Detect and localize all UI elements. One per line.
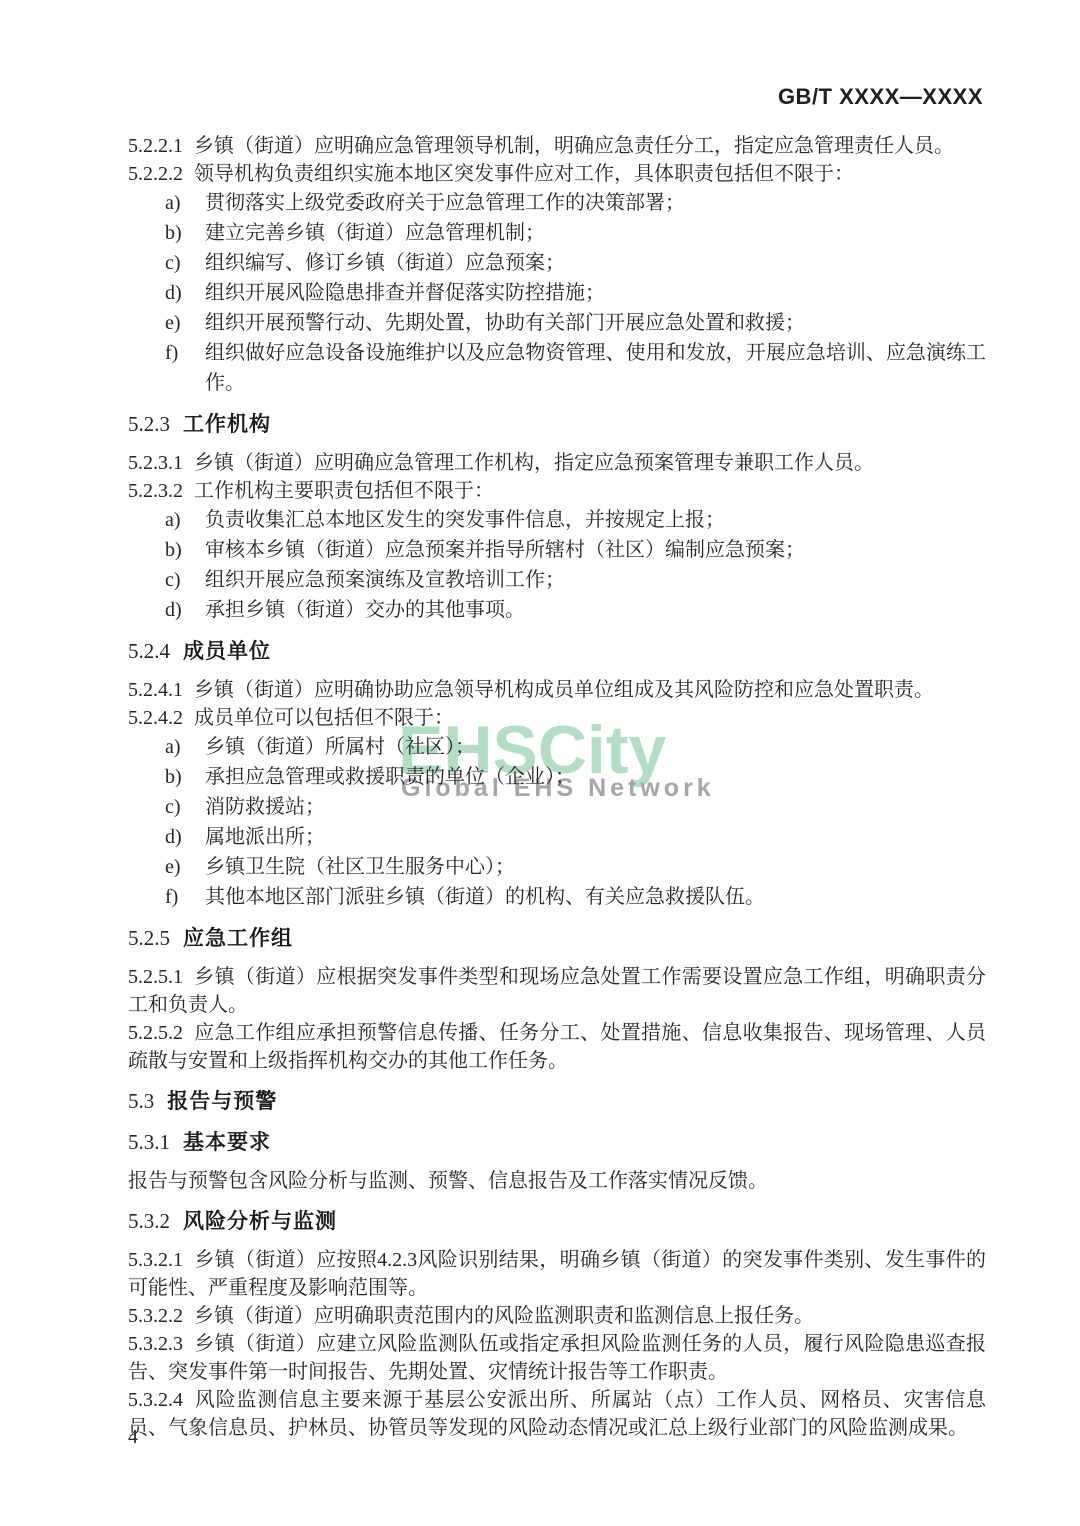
list-item: e)乡镇卫生院（社区卫生服务中心）； (165, 852, 986, 882)
clause-5.2.3.2: 5.2.3.2工作机构主要职责包括但不限于： (128, 477, 986, 505)
list-item: a)贯彻落实上级党委政府关于应急管理工作的决策部署； (165, 188, 986, 218)
list-item-text: 乡镇（街道）所属村（社区）； (205, 732, 986, 762)
list-item-text: 组织做好应急设备设施维护以及应急物资管理、使用和发放，开展应急培训、应急演练工作… (205, 338, 986, 398)
list-item: c)组织编写、修订乡镇（街道）应急预案； (165, 248, 986, 278)
clause-5.2.5.2: 5.2.5.2应急工作组应承担预警信息传播、任务分工、处置措施、信息收集报告、现… (128, 1019, 986, 1075)
clause-number: 5.3.2.4 (128, 1389, 183, 1411)
list-marker: b) (165, 762, 205, 792)
section-title: 工作机构 (183, 413, 271, 436)
list-marker: b) (165, 218, 205, 248)
list-item: a)负责收集汇总本地区发生的突发事件信息，并按规定上报； (165, 505, 986, 535)
clause-5.2.4.1: 5.2.4.1乡镇（街道）应明确协助应急领导机构成员单位组成及其风险防控和应急处… (128, 676, 986, 704)
section-number: 5.3.1 (128, 1130, 170, 1154)
clause-text: 乡镇（街道）应明确应急管理工作机构，指定应急预案管理专兼职工作人员。 (194, 452, 874, 474)
list-item: d)承担乡镇（街道）交办的其他事项。 (165, 595, 986, 625)
list-item: a)乡镇（街道）所属村（社区）； (165, 732, 986, 762)
list-item-text: 贯彻落实上级党委政府关于应急管理工作的决策部署； (205, 188, 986, 218)
section-number: 5.3.2 (128, 1209, 170, 1233)
section-heading-5.3: 5.3报告与预警 (128, 1087, 986, 1116)
clause-number: 5.3.2.2 (128, 1305, 183, 1327)
list-marker: f) (165, 338, 205, 398)
section-title: 报告与预警 (167, 1090, 277, 1113)
clause-text: 应急工作组应承担预警信息传播、任务分工、处置措施、信息收集报告、现场管理、人员疏… (128, 1022, 986, 1072)
section-heading-5.2.4: 5.2.4成员单位 (128, 637, 986, 666)
list-item: b)建立完善乡镇（街道）应急管理机制； (165, 218, 986, 248)
list-item-text: 属地派出所； (205, 822, 986, 852)
section-heading-5.2.5: 5.2.5应急工作组 (128, 924, 986, 953)
clause-number: 5.2.2.1 (128, 135, 183, 157)
list-item: e)组织开展预警行动、先期处置，协助有关部门开展应急处置和救援； (165, 308, 986, 338)
list-item-text: 其他本地区部门派驻乡镇（街道）的机构、有关应急救援队伍。 (205, 882, 986, 912)
section-title: 成员单位 (183, 640, 271, 663)
list-item-text: 消防救援站； (205, 792, 986, 822)
clause-5.2.4.2-list: a)乡镇（街道）所属村（社区）； b)承担应急管理或救援职责的单位（企业）； c… (128, 732, 986, 912)
clause-number: 5.2.3.2 (128, 480, 183, 502)
list-marker: e) (165, 308, 205, 338)
list-item: c)消防救援站； (165, 792, 986, 822)
clause-number: 5.2.2.2 (128, 163, 183, 185)
section-number: 5.3 (128, 1089, 154, 1113)
clause-5.2.3.1: 5.2.3.1乡镇（街道）应明确应急管理工作机构，指定应急预案管理专兼职工作人员… (128, 449, 986, 477)
clause-5.2.2.2-list: a)贯彻落实上级党委政府关于应急管理工作的决策部署； b)建立完善乡镇（街道）应… (128, 188, 986, 398)
list-item-text: 组织开展预警行动、先期处置，协助有关部门开展应急处置和救援； (205, 308, 986, 338)
clause-5.2.4.2: 5.2.4.2成员单位可以包括但不限于： (128, 704, 986, 732)
clause-5.3.2.3: 5.3.2.3乡镇（街道）应建立风险监测队伍或指定承担风险监测任务的人员，履行风… (128, 1330, 986, 1386)
list-item-text: 乡镇卫生院（社区卫生服务中心）； (205, 852, 986, 882)
list-marker: d) (165, 822, 205, 852)
clause-5.2.2.1: 5.2.2.1乡镇（街道）应明确应急管理领导机制，明确应急责任分工，指定应急管理… (128, 132, 986, 160)
clause-5.2.2.2: 5.2.2.2领导机构负责组织实施本地区突发事件应对工作，具体职责包括但不限于： (128, 160, 986, 188)
list-marker: d) (165, 595, 205, 625)
list-marker: a) (165, 732, 205, 762)
clause-text: 工作机构主要职责包括但不限于： (194, 480, 494, 502)
list-item-text: 建立完善乡镇（街道）应急管理机制； (205, 218, 986, 248)
page-number: 4 (128, 1426, 138, 1449)
clause-5.3.1-body: 报告与预警包含风险分析与监测、预警、信息报告及工作落实情况反馈。 (128, 1167, 986, 1195)
list-item-text: 承担乡镇（街道）交办的其他事项。 (205, 595, 986, 625)
section-title: 应急工作组 (183, 927, 293, 950)
list-item: b)审核本乡镇（街道）应急预案并指导所辖村（社区）编制应急预案； (165, 535, 986, 565)
document-body: 5.2.2.1乡镇（街道）应明确应急管理领导机制，明确应急责任分工，指定应急管理… (128, 120, 986, 1442)
list-marker: c) (165, 565, 205, 595)
list-item: c)组织开展应急预案演练及宣教培训工作； (165, 565, 986, 595)
clause-number: 5.3.2.3 (128, 1333, 183, 1355)
list-item-text: 组织开展风险隐患排查并督促落实防控措施； (205, 278, 986, 308)
list-marker: f) (165, 882, 205, 912)
document-page: GB/T XXXX—XXXX EHSCity Global EHS Networ… (0, 0, 1080, 1526)
section-heading-5.2.3: 5.2.3工作机构 (128, 410, 986, 439)
list-item: d)属地派出所； (165, 822, 986, 852)
clause-text: 乡镇（街道）应按照4.2.3风险识别结果，明确乡镇（街道）的突发事件类别、发生事… (128, 1249, 986, 1299)
section-number: 5.2.3 (128, 412, 170, 436)
list-marker: d) (165, 278, 205, 308)
clause-text: 乡镇（街道）应根据突发事件类型和现场应急处置工作需要设置应急工作组，明确职责分工… (128, 966, 986, 1016)
clause-5.2.5.1: 5.2.5.1乡镇（街道）应根据突发事件类型和现场应急处置工作需要设置应急工作组… (128, 963, 986, 1019)
section-number: 5.2.4 (128, 639, 170, 663)
list-item-text: 组织编写、修订乡镇（街道）应急预案； (205, 248, 986, 278)
clause-text: 乡镇（街道）应建立风险监测队伍或指定承担风险监测任务的人员，履行风险隐患巡查报告… (128, 1333, 986, 1383)
clause-text: 乡镇（街道）应明确应急管理领导机制，明确应急责任分工，指定应急管理责任人员。 (194, 135, 954, 157)
list-marker: a) (165, 188, 205, 218)
section-heading-5.3.2: 5.3.2风险分析与监测 (128, 1207, 986, 1236)
clause-5.2.3.2-list: a)负责收集汇总本地区发生的突发事件信息，并按规定上报； b)审核本乡镇（街道）… (128, 505, 986, 625)
list-item: d)组织开展风险隐患排查并督促落实防控措施； (165, 278, 986, 308)
list-marker: b) (165, 535, 205, 565)
section-number: 5.2.5 (128, 926, 170, 950)
clause-text: 风险监测信息主要来源于基层公安派出所、所属站（点）工作人员、网格员、灾害信息员、… (128, 1389, 986, 1439)
clause-number: 5.2.4.2 (128, 707, 183, 729)
clause-5.3.2.2: 5.3.2.2乡镇（街道）应明确职责范围内的风险监测职责和监测信息上报任务。 (128, 1302, 986, 1330)
clause-text: 报告与预警包含风险分析与监测、预警、信息报告及工作落实情况反馈。 (128, 1170, 768, 1192)
clause-5.3.2.1: 5.3.2.1乡镇（街道）应按照4.2.3风险识别结果，明确乡镇（街道）的突发事… (128, 1246, 986, 1302)
list-marker: c) (165, 792, 205, 822)
clause-5.3.2.4: 5.3.2.4风险监测信息主要来源于基层公安派出所、所属站（点）工作人员、网格员… (128, 1386, 986, 1442)
list-marker: e) (165, 852, 205, 882)
clause-text: 乡镇（街道）应明确协助应急领导机构成员单位组成及其风险防控和应急处置职责。 (194, 679, 934, 701)
section-title: 基本要求 (183, 1131, 271, 1154)
clause-text: 乡镇（街道）应明确职责范围内的风险监测职责和监测信息上报任务。 (194, 1305, 814, 1327)
list-item-text: 组织开展应急预案演练及宣教培训工作； (205, 565, 986, 595)
list-item-text: 负责收集汇总本地区发生的突发事件信息，并按规定上报； (205, 505, 986, 535)
clause-text: 领导机构负责组织实施本地区突发事件应对工作，具体职责包括但不限于： (194, 163, 854, 185)
list-marker: a) (165, 505, 205, 535)
clause-number: 5.2.3.1 (128, 452, 183, 474)
list-marker: c) (165, 248, 205, 278)
list-item: f)组织做好应急设备设施维护以及应急物资管理、使用和发放，开展应急培训、应急演练… (165, 338, 986, 398)
standard-code: GB/T XXXX—XXXX (778, 84, 983, 110)
clause-number: 5.3.2.1 (128, 1249, 183, 1271)
list-item-text: 承担应急管理或救援职责的单位（企业）； (205, 762, 986, 792)
list-item-text: 审核本乡镇（街道）应急预案并指导所辖村（社区）编制应急预案； (205, 535, 986, 565)
clause-number: 5.2.4.1 (128, 679, 183, 701)
section-heading-5.3.1: 5.3.1基本要求 (128, 1128, 986, 1157)
clause-text: 成员单位可以包括但不限于： (194, 707, 454, 729)
list-item: f)其他本地区部门派驻乡镇（街道）的机构、有关应急救援队伍。 (165, 882, 986, 912)
clause-number: 5.2.5.1 (128, 966, 183, 988)
list-item: b)承担应急管理或救援职责的单位（企业）； (165, 762, 986, 792)
clause-number: 5.2.5.2 (128, 1022, 183, 1044)
section-title: 风险分析与监测 (183, 1210, 337, 1233)
